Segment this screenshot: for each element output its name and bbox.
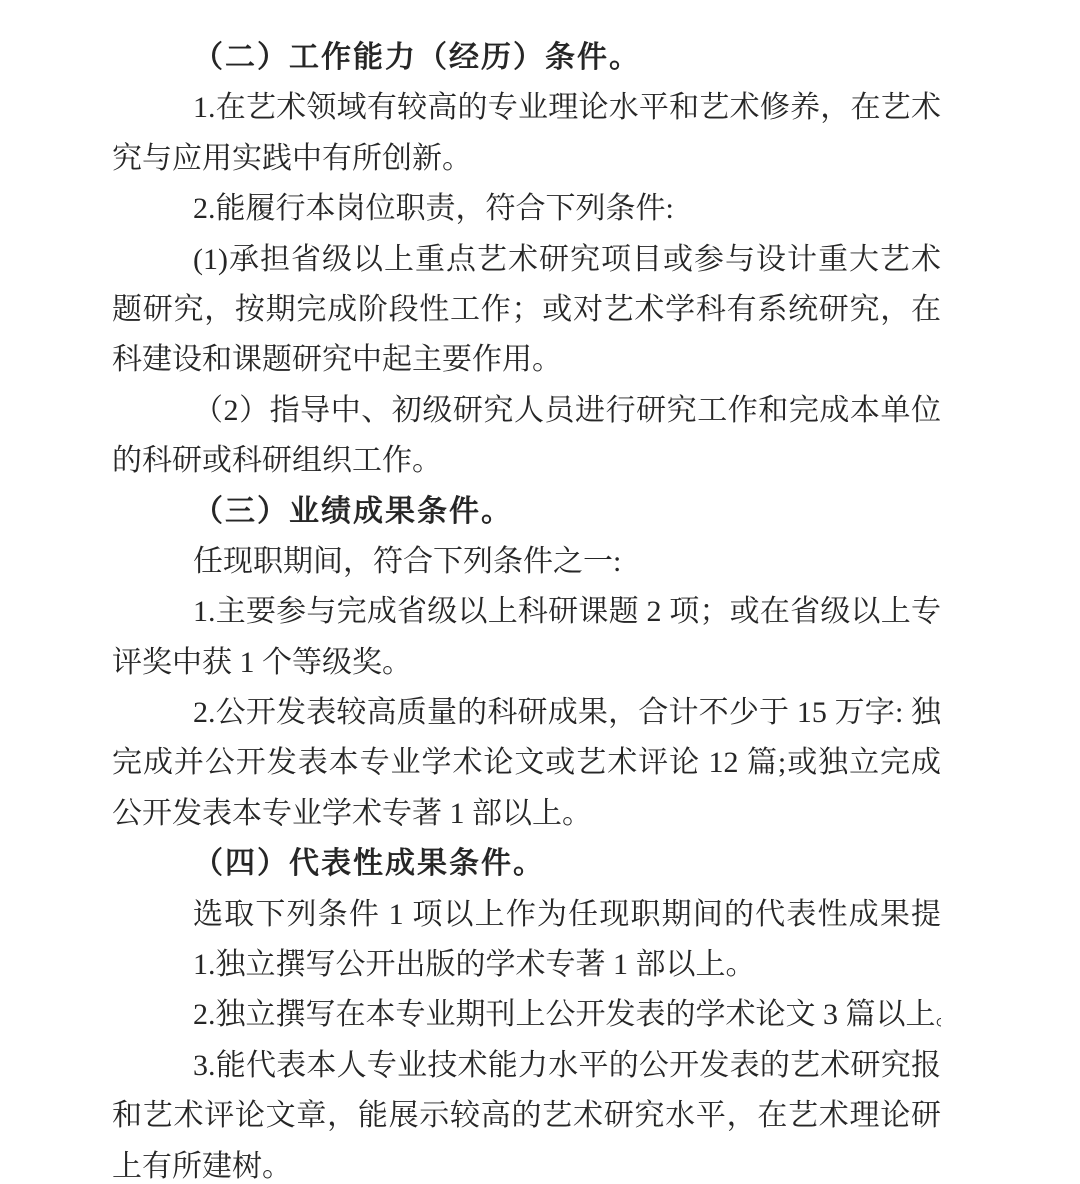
text-line: 1.在艺术领域有较高的专业理论水平和艺术修养，在艺术研 bbox=[112, 83, 941, 133]
text-line: 2.独立撰写在本专业期刊上公开发表的学术论文 3 篇以上。 bbox=[112, 990, 941, 1040]
text-line: 评奖中获 1 个等级奖。 bbox=[112, 638, 941, 688]
text-line: 1.独立撰写公开出版的学术专著 1 部以上。 bbox=[112, 940, 941, 990]
text-line: 究与应用实践中有所创新。 bbox=[112, 134, 941, 184]
text-line: 上有所建树。 bbox=[112, 1142, 941, 1184]
text-line: 科建设和课题研究中起主要作用。 bbox=[112, 335, 941, 385]
section-heading-2: （二）工作能力（经历）条件。 bbox=[112, 33, 941, 83]
text-line: 题研究，按期完成阶段性工作；或对艺术学科有系统研究，在学 bbox=[112, 285, 941, 335]
text-line: 的科研或科研组织工作。 bbox=[112, 436, 941, 486]
section-heading-3: （三）业绩成果条件。 bbox=[112, 487, 941, 537]
section-heading-4: （四）代表性成果条件。 bbox=[112, 839, 941, 889]
text-line: 和艺术评论文章，能展示较高的艺术研究水平，在艺术理论研究 bbox=[112, 1091, 941, 1141]
document-page: （二）工作能力（经历）条件。 1.在艺术领域有较高的专业理论水平和艺术修养，在艺… bbox=[0, 0, 1080, 1184]
text-line: 1.主要参与完成省级以上科研课题 2 项；或在省级以上专业 bbox=[112, 587, 941, 637]
text-line: 2.能履行本岗位职责，符合下列条件: bbox=[112, 184, 941, 234]
text-line: 完成并公开发表本专业学术论文或艺术评论 12 篇;或独立完成并 bbox=[112, 738, 941, 788]
text-line: 2.公开发表较高质量的科研成果，合计不少于 15 万字: 独立 bbox=[112, 688, 941, 738]
text-line: (1)承担省级以上重点艺术研究项目或参与设计重大艺术课 bbox=[112, 235, 941, 285]
text-line: 公开发表本专业学术专著 1 部以上。 bbox=[112, 789, 941, 839]
text-line: 选取下列条件 1 项以上作为任现职期间的代表性成果提交评审: bbox=[112, 890, 941, 940]
text-line: 3.能代表本人专业技术能力水平的公开发表的艺术研究报告 bbox=[112, 1041, 941, 1091]
text-line: 任现职期间，符合下列条件之一: bbox=[112, 537, 941, 587]
text-line: （2）指导中、初级研究人员进行研究工作和完成本单位交办 bbox=[112, 386, 941, 436]
